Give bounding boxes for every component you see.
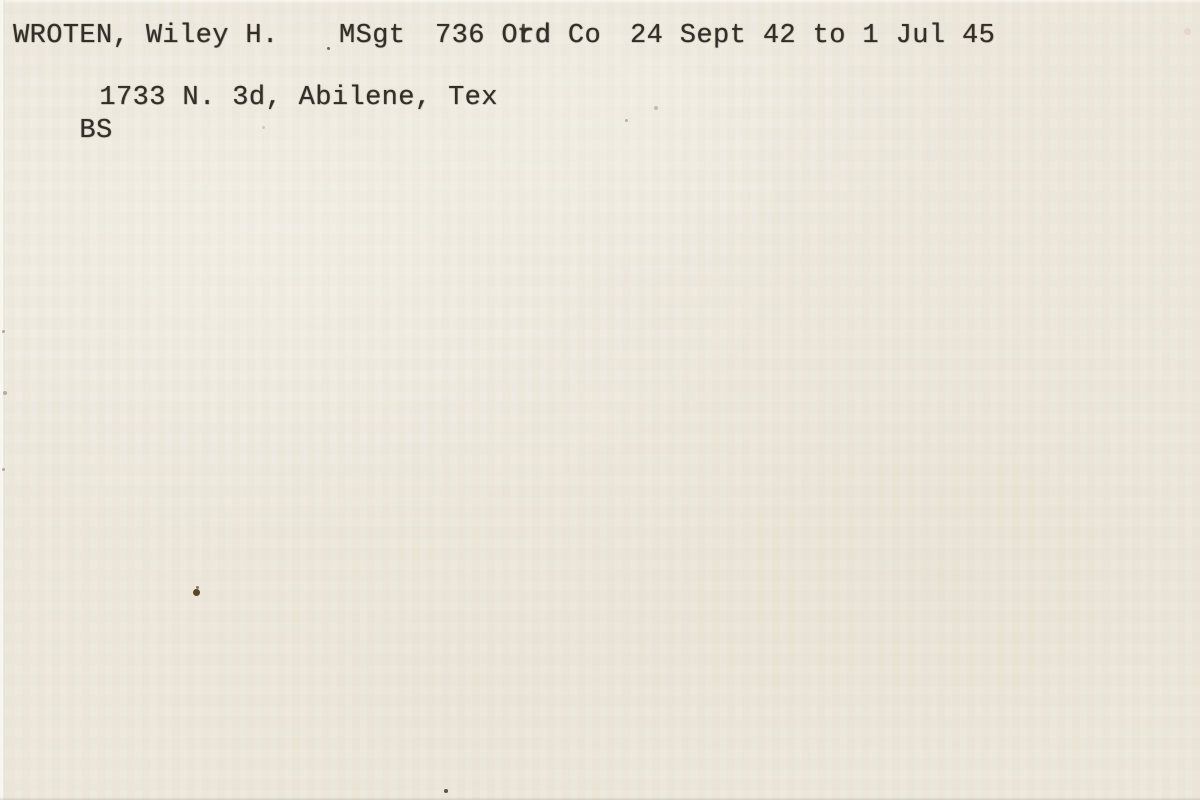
rank: MSgt bbox=[339, 23, 405, 50]
unit-suffix: Co bbox=[551, 21, 601, 51]
typed-line-1: WROTEN, Wiley H. MSgt 736 Ordt Co 24 Sep… bbox=[0, 23, 1200, 53]
paper-speck bbox=[654, 106, 658, 110]
home-address: 1733 N. 3d, Abilene, Tex bbox=[99, 83, 497, 113]
awards-code: BS bbox=[79, 116, 112, 146]
paper-speck bbox=[444, 789, 448, 793]
typed-line-3: BS bbox=[13, 91, 113, 172]
unit-prefix: 736 O bbox=[435, 21, 518, 51]
unit: 736 Ordt Co bbox=[435, 23, 601, 50]
service-dates: 24 Sept 42 to 1 Jul 45 bbox=[630, 23, 995, 50]
paper-speck bbox=[625, 119, 628, 122]
paper-speck bbox=[196, 586, 199, 589]
index-card: WROTEN, Wiley H. MSgt 736 Ordt Co 24 Sep… bbox=[0, 0, 1200, 800]
soldier-name: WROTEN, Wiley H. bbox=[13, 23, 279, 50]
card-top-edge bbox=[0, 0, 1200, 4]
unit-overstrike: rdt bbox=[518, 23, 551, 50]
unit-overstrike-char: t bbox=[517, 23, 534, 50]
paper-speck bbox=[193, 589, 200, 596]
